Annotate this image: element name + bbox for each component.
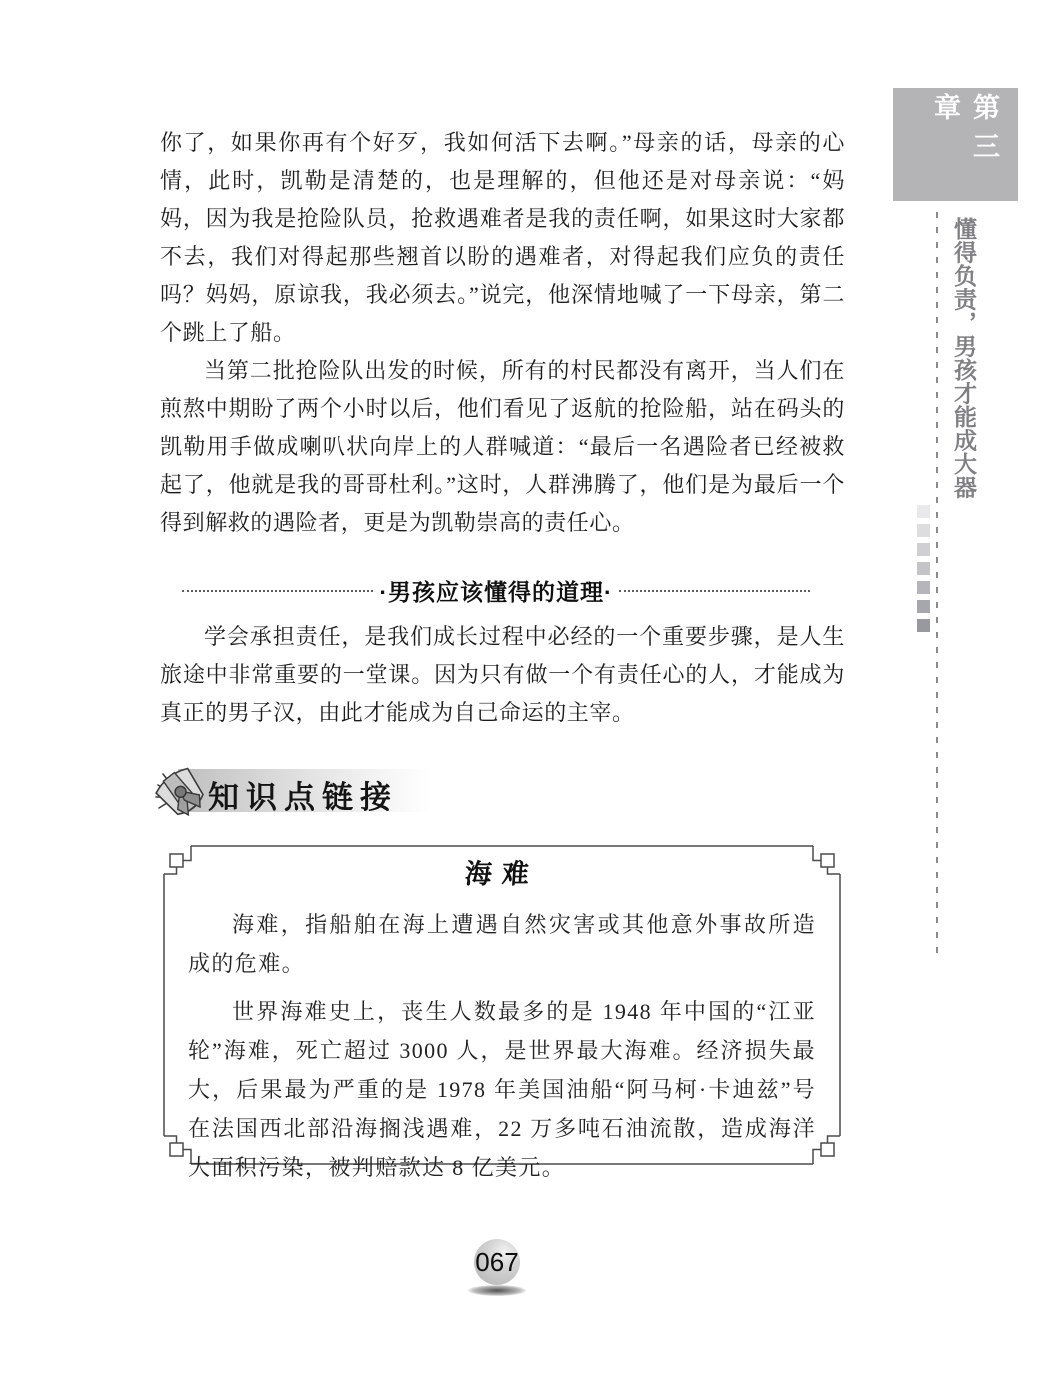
gradient-square (917, 581, 930, 594)
gradient-square (917, 600, 930, 613)
page-badge-shadow (468, 1285, 526, 1296)
chapter-label: 第三章 (926, 93, 1004, 201)
gradient-square (917, 543, 930, 556)
info-box: 海难 海难，指船舶在海上遭遇自然灾害或其他意外事故所造成的危难。 世界海难史上，… (162, 840, 842, 1170)
section-title: ·男孩应该懂得的道理· (373, 574, 618, 607)
knowledge-header-title: 知识点链接 (208, 772, 398, 817)
page-number-badge: 067 (474, 1239, 520, 1285)
gradient-square (917, 505, 930, 518)
box-paragraph: 世界海难史上，丧生人数最多的是 1948 年中国的“江亚轮”海难，死亡超过 30… (188, 992, 816, 1187)
box-paragraph: 海难，指船舶在海上遭遇自然灾害或其他意外事故所造成的危难。 (188, 905, 816, 983)
scroll-ribbon-icon (150, 757, 216, 831)
gradient-square (917, 562, 930, 575)
dotted-rule-left (182, 590, 373, 592)
gradient-square (917, 619, 930, 632)
dotted-rule-right (619, 590, 810, 592)
chapter-block: 第三章 (893, 88, 1018, 201)
section-header: ·男孩应该懂得的道理· (182, 571, 810, 609)
chapter-title: 懂得负责，男孩才能成大器 (948, 217, 981, 499)
page-number: 067 (475, 1247, 518, 1278)
body-paragraph: 当第二批抢险队出发的时候，所有的村民都没有离开，当人们在煎熬中期盼了两个小时以后… (160, 352, 845, 542)
section-paragraph: 学会承担责任，是我们成长过程中必经的一个重要步骤，是人生旅途中非常重要的一堂课。… (160, 618, 845, 732)
box-content: 海难 海难，指船舶在海上遭遇自然灾害或其他意外事故所造成的危难。 世界海难史上，… (162, 852, 842, 1187)
dashed-divider (936, 212, 938, 960)
body-paragraph: 你了，如果你再有个好歹，我如何活下去啊。”母亲的话，母亲的心情，此时，凯勒是清楚… (160, 124, 845, 352)
main-text-column: 你了，如果你再有个好歹，我如何活下去啊。”母亲的话，母亲的心情，此时，凯勒是清楚… (160, 124, 845, 542)
gradient-squares (917, 505, 930, 638)
book-page: 你了，如果你再有个好歹，我如何活下去啊。”母亲的话，母亲的心情，此时，凯勒是清楚… (0, 0, 1038, 1388)
gradient-square (917, 524, 930, 537)
box-title: 海难 (161, 852, 844, 891)
